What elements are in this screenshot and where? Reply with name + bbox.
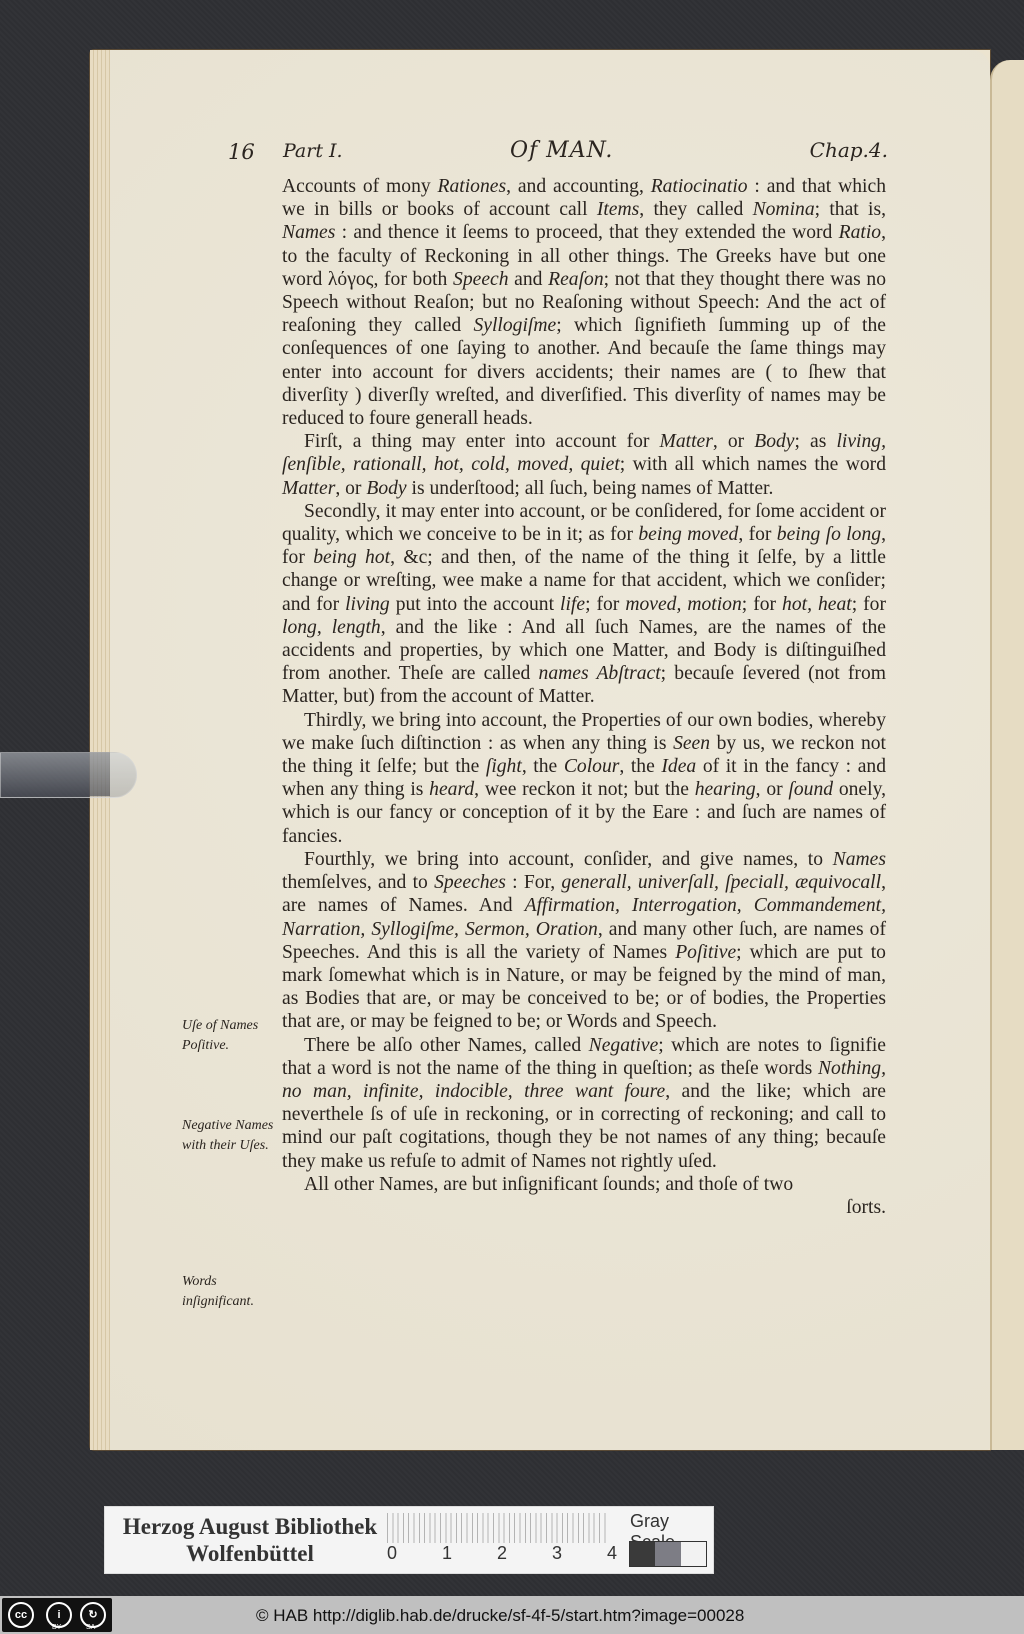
paragraph: Fourthly, we bring into account, conſide… [282, 848, 886, 1034]
chapter-label: Chap.4. [810, 138, 888, 162]
tick-label: 3 [552, 1543, 562, 1564]
margin-note: Uſe of Names Poſitive. [182, 1016, 282, 1056]
color-scale-bar: Herzog August Bibliothek Wolfenbüttel 0 … [104, 1506, 714, 1574]
paragraph: All other Names, are but inſignificant ſ… [282, 1173, 886, 1196]
paragraph: Secondly, it may enter into account, or … [282, 500, 886, 709]
library-name-line2: Wolfenbüttel [119, 1540, 381, 1567]
paragraph: Firſt, a thing may enter into account fo… [282, 430, 886, 500]
ruler-ticks: 0 1 2 3 4 [387, 1543, 617, 1564]
tick-label: 1 [442, 1543, 452, 1564]
margin-note: Negative Names with their Uſes. [182, 1116, 282, 1156]
gray-swatch [655, 1542, 680, 1566]
footer-bar: cc i ↻ BY SA © HAB http://diglib.hab.de/… [0, 1596, 1024, 1634]
running-header: 16 Part I. Of MAN. Chap.4. [228, 140, 888, 170]
tick-label: 2 [497, 1543, 507, 1564]
credit-link[interactable]: © HAB http://diglib.hab.de/drucke/sf-4f-… [256, 1606, 744, 1626]
gray-scale-swatches [629, 1541, 707, 1567]
cc-icon: cc [8, 1602, 34, 1628]
tick-label: 4 [607, 1543, 617, 1564]
by-label: BY [52, 1624, 61, 1631]
facing-page-edge [990, 60, 1024, 1450]
library-name-line1: Herzog August Bibliothek [119, 1513, 381, 1540]
catchword: ſorts. [282, 1196, 886, 1219]
tick-label: 0 [387, 1543, 397, 1564]
ruler [387, 1513, 607, 1543]
gray-swatch [681, 1542, 706, 1566]
page-clip [0, 752, 137, 798]
cc-license-badge[interactable]: cc i ↻ BY SA [2, 1598, 112, 1632]
paragraph: There be alſo other Names, called Negati… [282, 1034, 886, 1173]
paragraph: Accounts of mony Rationes, and accountin… [282, 175, 886, 430]
page-number: 16 [228, 140, 255, 164]
paragraph: Thirdly, we bring into account, the Prop… [282, 709, 886, 848]
page-body-text: Accounts of mony Rationes, and accountin… [282, 175, 886, 1219]
running-title: Of MAN. [510, 138, 613, 163]
part-label: Part I. [283, 140, 343, 162]
gray-swatch [630, 1542, 655, 1566]
margin-note: Words inſignificant. [182, 1272, 282, 1312]
sa-label: SA [86, 1624, 95, 1631]
library-name: Herzog August Bibliothek Wolfenbüttel [119, 1513, 381, 1567]
